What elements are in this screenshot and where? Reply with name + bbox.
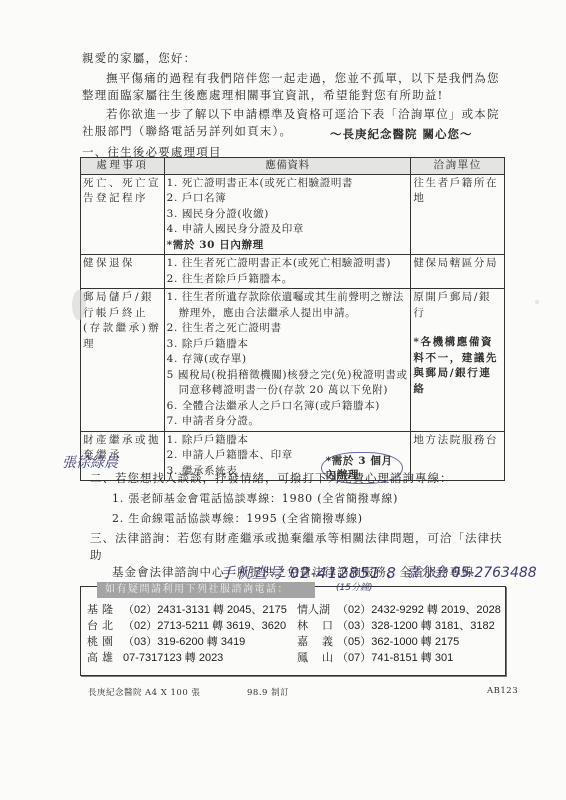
footer-paper: A4 X 100 張 [145, 686, 200, 698]
footer-org: 長庚紀念醫院 [88, 686, 142, 698]
greeting: 親愛的家屬，您好： [82, 50, 196, 67]
scan-noise [535, 300, 539, 304]
task-cell: 健保退保 [81, 255, 165, 289]
contact-entry: 基隆（02）2431-3131 轉 2045、2175 [87, 602, 287, 618]
branch-name: 高雄 [87, 650, 123, 666]
document-item: 1. 除戶戶籍謄本 [167, 433, 409, 449]
table-row: 郵局儲戶/銀行帳戶終止(存款繼承)辦理 1. 往生者所遺存款除依遺囑或其生前聲明… [81, 289, 505, 432]
contact-entry: 林口（03）328-1200 轉 3181、3182 [297, 618, 501, 634]
branch-name: 桃園 [87, 634, 123, 650]
document-item: 5 國稅局(稅捐稽徵機關)核發之完(免)稅證明書或同意移轉證明書一份(存款 20… [167, 368, 409, 399]
branch-phone: （03）319-6200 轉 3419 [123, 636, 245, 648]
branch-name: 基隆 [87, 602, 123, 618]
contact-cell: 健保局轄區分局 [411, 255, 505, 289]
contact-entry: 嘉義（05）362-1000 轉 2175 [297, 634, 501, 650]
procedures-table: 處理事項 應備資料 洽詢單位 死亡、死亡宣告登記程序 1. 死亡證明書正本(或死… [80, 157, 505, 481]
branch-phone: （07）741-8151 轉 301 [337, 652, 453, 664]
table-row: 死亡、死亡宣告登記程序 1. 死亡證明書正本(或死亡相驗證明書 2. 戶口名簿 … [81, 174, 505, 255]
hotline-item: 1. 張老師基金會電話協談專線：1980 (全省簡撥專線) [112, 490, 398, 506]
branch-name: 情人湖 [297, 602, 337, 618]
contact-column-right: 情人湖（02）2432-9292 轉 2019、2028 林口（03）328-1… [297, 602, 501, 666]
handwritten-name: 張徐綠晨 [62, 452, 118, 472]
branch-phone: （05）362-1000 轉 2175 [337, 636, 459, 648]
contact-note: *各機構應備資料不一，建議先與郵局/銀行連絡 [413, 335, 502, 397]
document-item: 2. 往生者之死亡證明書 [167, 321, 409, 337]
table-header-row: 處理事項 應備資料 洽詢單位 [81, 158, 505, 175]
document-item: 3. 國民身分證(收繳) [167, 207, 409, 223]
table-row: 健保退保 1. 往生者死亡證明書正本(或死亡相驗證明書) 2. 往生者除戶戶籍謄… [81, 255, 505, 289]
footer-code: AB123 [487, 686, 518, 696]
header-contact: 洽詢單位 [411, 158, 505, 175]
section3-title: 三、法律諮詢：若您有財產繼承或拋棄繼承等相關法律問題，可洽「法律扶助 [90, 531, 503, 562]
branch-phone: （02）2713-5211 轉 3619、3620 [123, 620, 286, 632]
contact-entry: 情人湖（02）2432-9292 轉 2019、2028 [297, 602, 501, 618]
documents-cell: 1. 往生者死亡證明書正本(或死亡相驗證明書) 2. 往生者除戶戶籍謄本。 [164, 255, 411, 289]
handwritten-branch-note: 嘉分会 05-2763488 [405, 562, 537, 582]
document-item: 4. 存簿(或存單) [167, 352, 409, 368]
document-item: 1. 死亡證明書正本(或死亡相驗證明書 [167, 176, 409, 192]
document-item: 7. 申請者身分證。 [167, 414, 409, 430]
task-cell: 死亡、死亡宣告登記程序 [81, 174, 165, 255]
task-cell: 郵局儲戶/銀行帳戶終止(存款繼承)辦理 [81, 289, 165, 432]
document-item: 3. 除戶戶籍謄本 [167, 337, 409, 353]
deadline-note: *需於 30 日內辦理 [167, 238, 409, 254]
branch-name: 嘉義 [297, 634, 337, 650]
document-item: 4. 申請人國民身分證及印章 [167, 222, 409, 238]
contact-entry: 桃園（03）319-6200 轉 3419 [87, 634, 287, 650]
document-item: 1. 往生者死亡證明書正本(或死亡相驗證明書) [167, 256, 409, 272]
contact-entry: 高雄07-7317123 轉 2023 [87, 650, 287, 666]
header-documents: 應備資料 [164, 158, 411, 175]
document-item: 2. 戶口名簿 [167, 191, 409, 207]
document-item: 6. 全體合法繼承人之戶口名簿(或戶籍謄本) [167, 399, 409, 415]
contact-entry: 鳳山（07）741-8151 轉 301 [297, 650, 501, 666]
scan-noise [72, 290, 86, 320]
header-task: 處理事項 [81, 158, 165, 175]
footer-revision: 98.9 制訂 [247, 686, 289, 698]
contact-banner: 如有疑問請利用下列社服諮詢電話： [97, 582, 315, 598]
documents-cell: 1. 死亡證明書正本(或死亡相驗證明書 2. 戶口名簿 3. 國民身分證(收繳)… [164, 174, 411, 255]
intro-paragraph: 撫平傷痛的過程有我們陪伴您一起走過，您並不孤單，以下是我們為您整理面臨家屬往生後… [82, 70, 512, 104]
branch-name: 台北 [87, 618, 123, 634]
signoff: ～長庚紀念醫院 關心您～ [330, 126, 473, 142]
branch-phone: （02）2432-9292 轉 2019、2028 [337, 604, 501, 616]
hotline-item: 2. 生命線電話協談專線：1995 (全省簡撥專線) [112, 510, 363, 526]
document-item: 1. 往生者所遺存款除依遺囑或其生前聲明之辦法辦理外，應由合法繼承人提出申請。 [167, 290, 409, 321]
branch-phone: （02）2431-3131 轉 2045、2175 [123, 604, 287, 616]
document-item: 2. 往生者除戶戶籍謄本。 [167, 272, 409, 288]
contact-column-left: 基隆（02）2431-3131 轉 2045、2175 台北（02）2713-5… [87, 602, 287, 666]
branch-phone: （03）328-1200 轉 3181、3182 [337, 620, 495, 632]
contact-cell: 原開戶郵局/銀行 *各機構應備資料不一，建議先與郵局/銀行連絡 [411, 289, 505, 432]
contact-entry: 台北（02）2713-5211 轉 3619、3620 [87, 618, 287, 634]
documents-cell: 1. 往生者所遺存款除依遺囑或其生前聲明之辦法辦理外，應由合法繼承人提出申請。 … [164, 289, 411, 432]
section2-title: 二、若您想找人談談，抒發情緒，可撥打下列免費心理諮詢專線： [90, 470, 453, 486]
contact-cell: 往生者戶籍所在地 [411, 174, 505, 255]
contact-name: 原開戶郵局/銀行 [413, 291, 491, 319]
branch-name: 鳳山 [297, 650, 337, 666]
branch-phone: 07-7317123 轉 2023 [123, 652, 223, 664]
branch-name: 林口 [297, 618, 337, 634]
